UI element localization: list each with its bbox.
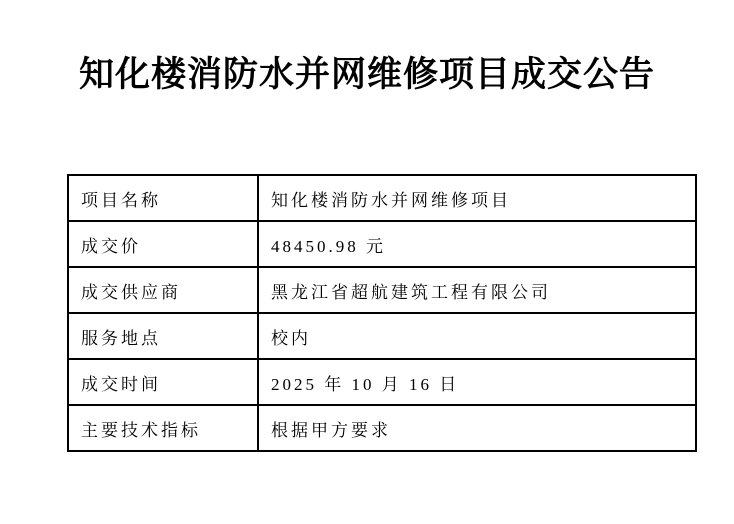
page-title: 知化楼消防水并网维修项目成交公告 [0, 54, 734, 96]
row-label-deal-time: 成交时间 [68, 359, 258, 405]
row-value-deal-price: 48450.98 元 [258, 221, 696, 267]
table-row: 项目名称 知化楼消防水并网维修项目 [68, 175, 696, 221]
row-label-service-location: 服务地点 [68, 313, 258, 359]
table-row: 成交供应商 黑龙江省超航建筑工程有限公司 [68, 267, 696, 313]
row-label-supplier: 成交供应商 [68, 267, 258, 313]
table-row: 成交价 48450.98 元 [68, 221, 696, 267]
row-value-technical-specs: 根据甲方要求 [258, 405, 696, 451]
row-value-project-name: 知化楼消防水并网维修项目 [258, 175, 696, 221]
project-info-table: 项目名称 知化楼消防水并网维修项目 成交价 48450.98 元 成交供应商 黑… [67, 174, 697, 452]
row-label-technical-specs: 主要技术指标 [68, 405, 258, 451]
table-row: 服务地点 校内 [68, 313, 696, 359]
table-row: 主要技术指标 根据甲方要求 [68, 405, 696, 451]
row-value-deal-time: 2025 年 10 月 16 日 [258, 359, 696, 405]
announcement-page: 知化楼消防水并网维修项目成交公告 项目名称 知化楼消防水并网维修项目 成交价 4… [0, 0, 734, 524]
row-label-project-name: 项目名称 [68, 175, 258, 221]
row-label-deal-price: 成交价 [68, 221, 258, 267]
table-row: 成交时间 2025 年 10 月 16 日 [68, 359, 696, 405]
row-value-service-location: 校内 [258, 313, 696, 359]
row-value-supplier: 黑龙江省超航建筑工程有限公司 [258, 267, 696, 313]
